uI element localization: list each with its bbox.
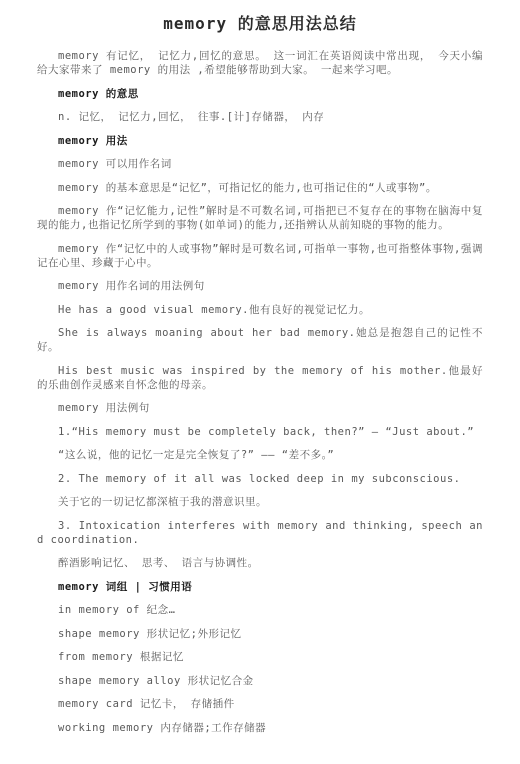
paragraph: She is always moaning about her bad memo… <box>37 326 483 354</box>
paragraph: memory 的基本意思是“记忆”，可指记忆的能力,也可指记住的“人或事物”。 <box>37 181 483 195</box>
page-title: memory 的意思用法总结 <box>37 13 483 35</box>
paragraph: 3. Intoxication interferes with memory a… <box>37 519 483 547</box>
paragraph: shape memory 形状记忆;外形记忆 <box>37 627 483 641</box>
paragraph: in memory of 纪念… <box>37 603 483 617</box>
paragraph: from memory 根据记忆 <box>37 650 483 664</box>
paragraph: 醉酒影响记忆、 思考、 语言与协调性。 <box>37 556 483 570</box>
paragraph: 2. The memory of it all was locked deep … <box>37 472 483 486</box>
paragraph: memory 作“记忆中的人或事物”解时是可数名词,可指单一事物,也可指整体事物… <box>37 242 483 270</box>
paragraph: His best music was inspired by the memor… <box>37 364 483 392</box>
section-heading: memory 用法 <box>37 134 483 148</box>
paragraph: “这么说，他的记忆一定是完全恢复了?” —— “差不多。” <box>37 448 483 462</box>
paragraph: memory 作“记忆能力,记性”解时是不可数名词,可指把已不复存在的事物在脑海… <box>37 204 483 232</box>
document-page: memory 的意思用法总结 memory 有记忆， 记忆力,回忆的意思。 这一… <box>0 0 520 764</box>
section-heading: memory 词组 | 习惯用语 <box>37 580 483 594</box>
paragraph: 1.“His memory must be completely back, t… <box>37 425 483 439</box>
paragraph: memory 用作名词的用法例句 <box>37 279 483 293</box>
paragraph: memory 用法例句 <box>37 401 483 415</box>
paragraph: n. 记忆， 记忆力,回忆， 往事.[计]存储器， 内存 <box>37 110 483 124</box>
section-heading: memory 的意思 <box>37 87 483 101</box>
paragraph: He has a good visual memory.他有良好的视觉记忆力。 <box>37 303 483 317</box>
paragraph: memory card 记忆卡， 存储插件 <box>37 697 483 711</box>
document-body: memory 有记忆， 记忆力,回忆的意思。 这一词汇在英语阅读中常出现， 今天… <box>37 49 483 735</box>
paragraph: memory 有记忆， 记忆力,回忆的意思。 这一词汇在英语阅读中常出现， 今天… <box>37 49 483 77</box>
paragraph: memory 可以用作名词 <box>37 157 483 171</box>
paragraph: shape memory alloy 形状记忆合金 <box>37 674 483 688</box>
paragraph: working memory 内存储器;工作存储器 <box>37 721 483 735</box>
paragraph: 关于它的一切记忆都深植于我的潜意识里。 <box>37 495 483 509</box>
